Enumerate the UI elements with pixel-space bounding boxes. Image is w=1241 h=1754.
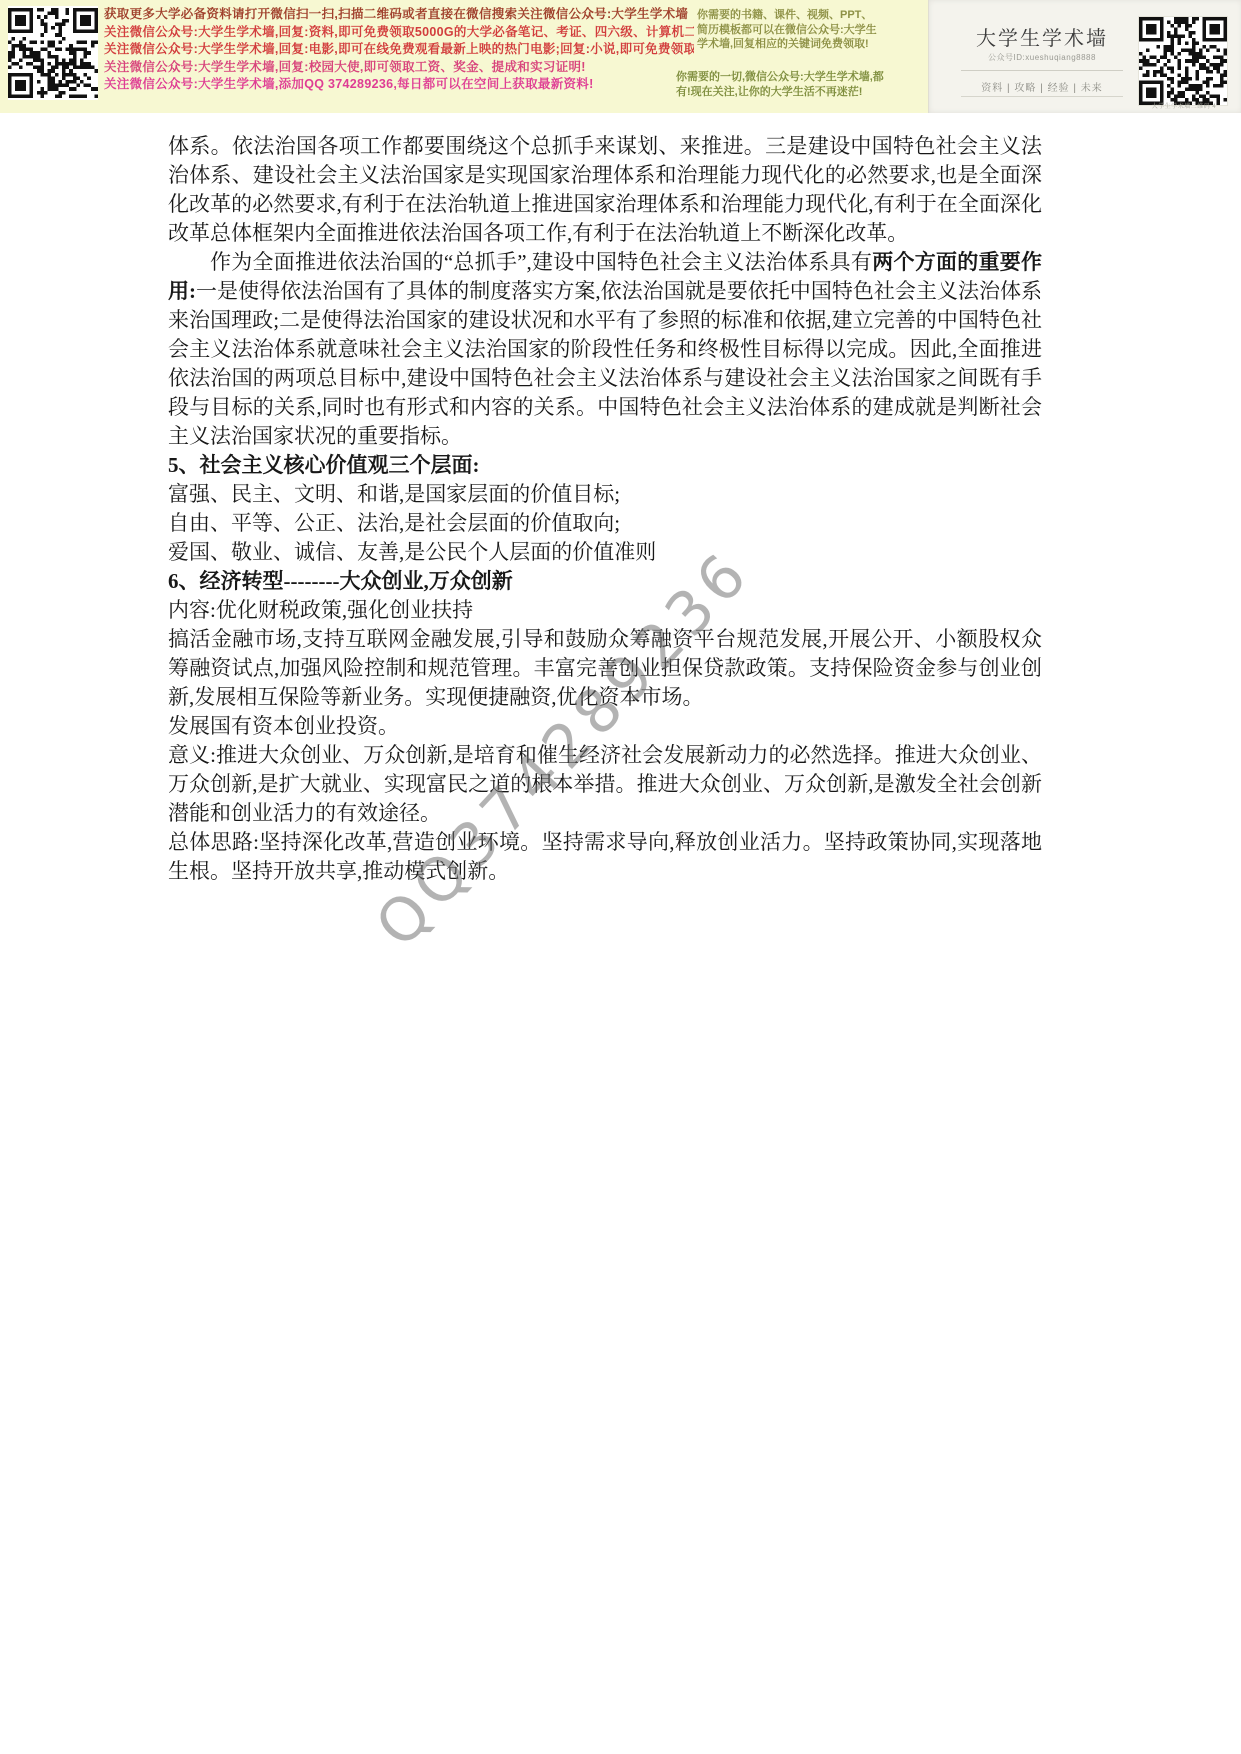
brand-tagline: 资料 | 攻略 | 经验 | 未来 <box>957 79 1127 94</box>
qq-qr-code-icon <box>1138 16 1228 106</box>
core-values-person: 爱国、敬业、诚信、友善,是公民个人层面的价值准则 <box>168 538 1042 567</box>
promo-text-block: 获取更多大学必备资料请打开微信扫一扫,扫描二维码或者直接在微信搜索关注微信公众号… <box>104 6 694 94</box>
promo-line: 关注微信公众号:大学生学术墙,添加QQ 374289236,每日都可以在空间上获… <box>104 76 694 94</box>
promo-line: 关注微信公众号:大学生学术墙,回复:资料,即可免费领取5000G的大学必备笔记、… <box>104 24 694 42</box>
document-page: 体系。依法治国各项工作都要围绕这个总抓手来谋划、来推进。三是建设中国特色社会主义… <box>168 132 1042 886</box>
card-divider <box>961 96 1123 97</box>
wechat-qr-code-icon <box>8 6 98 100</box>
qr-caption: 大学生学术墙二维码 4 <box>1129 101 1239 110</box>
promo-line: 获取更多大学必备资料请打开微信扫一扫,扫描二维码或者直接在微信搜索关注微信公众号… <box>104 6 694 24</box>
paragraph-two-roles: 作为全面推进依法治国的“总抓手”,建设中国特色社会主义法治体系具有两个方面的重要… <box>168 248 1042 451</box>
content-paragraph: 搞活金融市场,支持互联网金融发展,引导和鼓励众筹融资平台规范发展,开展公开、小额… <box>168 625 1042 712</box>
brand-card: 大学生学术墙 公众号ID:xueshuqiang8888 资料 | 攻略 | 经… <box>928 0 1241 113</box>
content-label-line: 内容:优化财税政策,强化创业扶持 <box>168 596 1042 625</box>
paragraph-law-system: 体系。依法治国各项工作都要围绕这个总抓手来谋划、来推进。三是建设中国特色社会主义… <box>168 132 1042 248</box>
promo-line: 关注微信公众号:大学生学术墙,回复:电影,即可在线免费观看最新上映的热门电影;回… <box>104 41 694 59</box>
promo-banner: 获取更多大学必备资料请打开微信扫一扫,扫描二维码或者直接在微信搜索关注微信公众号… <box>0 0 1241 113</box>
side-note-bottom: 你需要的一切,微信公众号:大学生学术墙,都有!现在关注,让你的大学生活不再迷茫! <box>676 70 891 99</box>
side-note-top: 你需要的书籍、课件、视频、PPT、简历模板都可以在微信公众号:大学生学术墙,回复… <box>697 8 879 52</box>
meaning-paragraph: 意义:推进大众创业、万众创新,是培育和催生经济社会发展新动力的必然选择。推进大众… <box>168 741 1042 828</box>
paragraph-two-roles-text: 作为全面推进依法治国的“总抓手”,建设中国特色社会主义法治体系具有 <box>210 250 872 274</box>
content-line-state-capital: 发展国有资本创业投资。 <box>168 712 1042 741</box>
card-divider <box>961 70 1123 71</box>
brand-title: 大学生学术墙 <box>957 22 1127 51</box>
paragraph-two-roles-text2: 一是使得依法治国有了具体的制度落实方案,依法治国就是要依托中国特色社会主义法治体… <box>168 279 1042 448</box>
promo-line: 关注微信公众号:大学生学术墙,回复:校园大使,即可领取工资、奖金、提成和实习证明… <box>104 59 694 77</box>
section-heading-5: 5、社会主义核心价值观三个层面: <box>168 451 1042 480</box>
core-values-country: 富强、民主、文明、和谐,是国家层面的价值目标; <box>168 480 1042 509</box>
section-heading-6: 6、经济转型--------大众创业,万众创新 <box>168 567 1042 596</box>
core-values-society: 自由、平等、公正、法治,是社会层面的价值取向; <box>168 509 1042 538</box>
overall-thinking-paragraph: 总体思路:坚持深化改革,营造创业环境。坚持需求导向,释放创业活力。坚持政策协同,… <box>168 828 1042 886</box>
brand-account-id: 公众号ID:xueshuqiang8888 <box>957 52 1127 63</box>
